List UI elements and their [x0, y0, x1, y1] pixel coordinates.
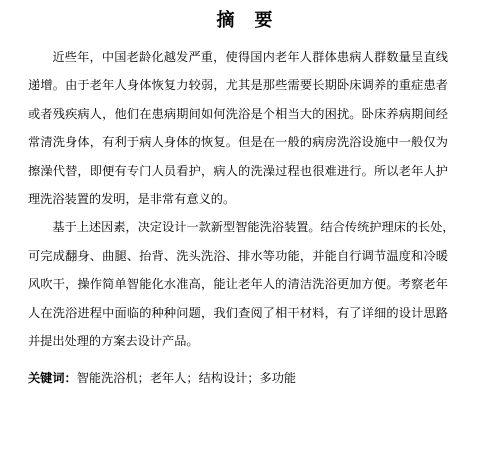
page-title: 摘 要	[0, 8, 490, 34]
paragraph-line: 常清洗身体，有利于病人身体的恢复。但是在一般的病房洗浴设施中一般仅为	[28, 128, 448, 156]
paragraph-line: 擦澡代替，即便有专门人员看护，病人的洗澡过程也很难进行。所以老年人护	[28, 157, 448, 185]
paragraph-line: 或者残疾病人，他们在患病期间如何洗浴是个相当大的困扰。卧床养病期间经	[28, 100, 448, 128]
keywords-label: 关键词：	[28, 371, 77, 385]
paragraph-line: 递增。由于老年人身体恢复力较弱，尤其是那些需要长期卧床调养的重症患者	[28, 71, 448, 99]
abstract-page: 摘 要 近些年，中国老龄化越发严重，使得国内老年人群体患病人群数量呈直线 递增。…	[0, 0, 490, 464]
keywords-text: 智能洗浴机；老年人；结构设计；多功能	[77, 371, 296, 385]
paragraph-line: 基于上述因素，决定设计一款新型智能洗浴装置。结合传统护理床的长处，	[28, 213, 448, 241]
paragraph-line: 风吹干，操作简单智能化水准高，能让老年人的清洁洗浴更加方便。考察老年	[28, 270, 448, 298]
abstract-paragraph-1: 近些年，中国老龄化越发严重，使得国内老年人群体患病人群数量呈直线 递增。由于老年…	[28, 43, 448, 213]
paragraph-line: 可完成翻身、曲腿、抬背、洗头洗浴、排水等功能，并能自行调节温度和冷暖	[28, 242, 448, 270]
abstract-paragraph-2: 基于上述因素，决定设计一款新型智能洗浴装置。结合传统护理床的长处， 可完成翻身、…	[28, 213, 448, 355]
paragraph-line: 近些年，中国老龄化越发严重，使得国内老年人群体患病人群数量呈直线	[28, 43, 448, 71]
paragraph-line: 理洗浴装置的发明，是非常有意义的。	[28, 185, 448, 213]
paragraph-line: 人在洗浴进程中面临的种种问题，我们查阅了相干材料，有了详细的设计思路	[28, 299, 448, 327]
paragraph-line: 并提出处理的方案去设计产品。	[28, 327, 448, 355]
abstract-body: 近些年，中国老龄化越发严重，使得国内老年人群体患病人群数量呈直线 递增。由于老年…	[28, 43, 448, 393]
keywords-line: 关键词：智能洗浴机；老年人；结构设计；多功能	[28, 364, 448, 392]
